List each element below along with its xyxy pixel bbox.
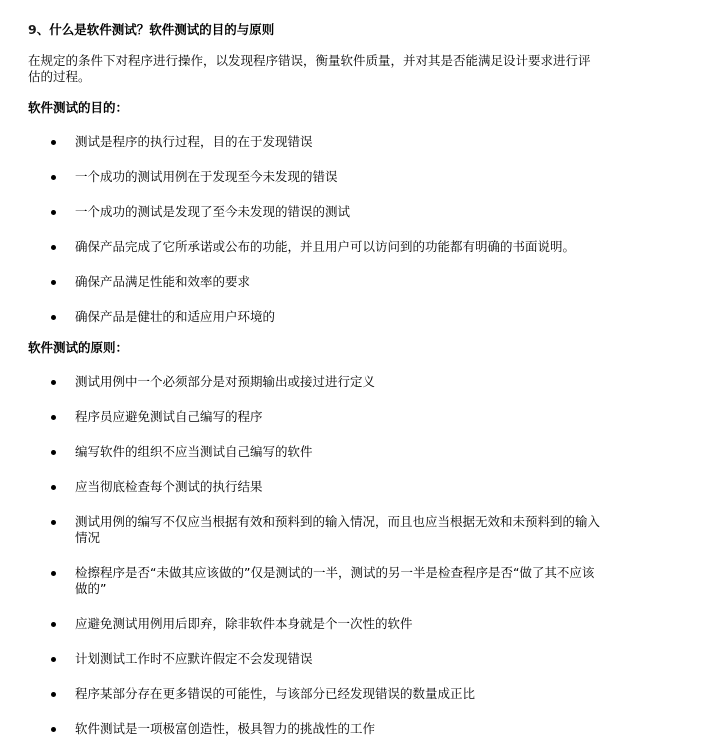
bullet-icon <box>51 450 56 455</box>
list-item: 编写软件的组织不应当测试自己编写的软件 <box>28 444 550 460</box>
bullet-icon <box>51 727 56 732</box>
intro-paragraph: 在规定的条件下对程序进行操作，以发现程序错误，衡量软件质量，并对其是否能满足设计… <box>28 53 600 85</box>
principles-list: 测试用例中一个必须部分是对预期输出或接过进行定义 程序员应避免测试自己编写的程序… <box>28 374 600 737</box>
list-item: 确保产品完成了它所承诺或公布的功能，并且用户可以访问到的功能都有明确的书面说明。 <box>28 239 605 255</box>
bullet-icon <box>51 140 56 145</box>
title-text: 什么是软件测试？软件测试的目的与原则 <box>49 22 274 37</box>
bullet-icon <box>51 520 56 525</box>
bullet-icon <box>51 622 56 627</box>
list-item-text: 应当彻底检查每个测试的执行结果 <box>75 479 263 494</box>
document-page: 9、什么是软件测试？软件测试的目的与原则 在规定的条件下对程序进行操作，以发现程… <box>0 0 600 737</box>
list-item-text: 程序某部分存在更多错误的可能性，与该部分已经发现错误的数量成正比 <box>75 686 475 701</box>
list-item-text: 确保产品是健壮的和适应用户环境的 <box>75 309 275 324</box>
title-number: 9 <box>28 22 37 37</box>
list-item-text: 测试用例的编写不仅应当根据有效和预料到的输入情况，而且也应当根据无效和未预料到的… <box>75 514 600 545</box>
list-item-text: 计划测试工作时不应默许假定不会发现错误 <box>75 651 313 666</box>
list-item-text: 软件测试是一项极富创造性，极具智力的挑战性的工作 <box>75 721 375 736</box>
list-item: 测试是程序的执行过程，目的在于发现错误 <box>28 134 550 150</box>
title-separator: 、 <box>37 22 50 37</box>
list-item: 程序某部分存在更多错误的可能性，与该部分已经发现错误的数量成正比 <box>28 686 600 702</box>
list-item: 测试用例的编写不仅应当根据有效和预料到的输入情况，而且也应当根据无效和未预料到的… <box>28 514 600 546</box>
list-item: 一个成功的测试是发现了至今未发现的错误的测试 <box>28 204 550 220</box>
bullet-icon <box>51 485 56 490</box>
list-item: 应避免测试用例用后即弃，除非软件本身就是个一次性的软件 <box>28 616 550 632</box>
purpose-list: 测试是程序的执行过程，目的在于发现错误 一个成功的测试用例在于发现至今未发现的错… <box>28 134 600 325</box>
list-item-text: 应避免测试用例用后即弃，除非软件本身就是个一次性的软件 <box>75 616 413 631</box>
bullet-icon <box>51 571 56 576</box>
list-item-text: 确保产品满足性能和效率的要求 <box>75 274 250 289</box>
list-item: 测试用例中一个必须部分是对预期输出或接过进行定义 <box>28 374 550 390</box>
list-item: 检擦程序是否“未做其应该做的”仅是测试的一半，测试的另一半是检查程序是否“做了其… <box>28 565 600 597</box>
bullet-icon <box>51 210 56 215</box>
bullet-icon <box>51 657 56 662</box>
list-item: 确保产品满足性能和效率的要求 <box>28 274 550 290</box>
list-item-text: 编写软件的组织不应当测试自己编写的软件 <box>75 444 313 459</box>
list-item-text: 测试是程序的执行过程，目的在于发现错误 <box>75 134 313 149</box>
list-item: 应当彻底检查每个测试的执行结果 <box>28 479 550 495</box>
list-item-text: 程序员应避免测试自己编写的程序 <box>75 409 263 424</box>
bullet-icon <box>51 245 56 250</box>
list-item: 确保产品是健壮的和适应用户环境的 <box>28 309 550 325</box>
purpose-heading: 软件测试的目的： <box>28 100 600 116</box>
list-item: 计划测试工作时不应默许假定不会发现错误 <box>28 651 550 667</box>
list-item: 程序员应避免测试自己编写的程序 <box>28 409 550 425</box>
bullet-icon <box>51 380 56 385</box>
bullet-icon <box>51 692 56 697</box>
principles-heading: 软件测试的原则： <box>28 340 600 356</box>
list-item-text: 检擦程序是否“未做其应该做的”仅是测试的一半，测试的另一半是检查程序是否“做了其… <box>75 565 594 596</box>
list-item-text: 一个成功的测试用例在于发现至今未发现的错误 <box>75 169 338 184</box>
bullet-icon <box>51 280 56 285</box>
list-item: 软件测试是一项极富创造性，极具智力的挑战性的工作 <box>28 721 550 737</box>
list-item-text: 一个成功的测试是发现了至今未发现的错误的测试 <box>75 204 350 219</box>
list-item-text: 测试用例中一个必须部分是对预期输出或接过进行定义 <box>75 374 375 389</box>
bullet-icon <box>51 315 56 320</box>
list-item-text: 确保产品完成了它所承诺或公布的功能，并且用户可以访问到的功能都有明确的书面说明。 <box>75 239 575 254</box>
bullet-icon <box>51 175 56 180</box>
page-title: 9、什么是软件测试？软件测试的目的与原则 <box>28 0 600 38</box>
bullet-icon <box>51 415 56 420</box>
list-item: 一个成功的测试用例在于发现至今未发现的错误 <box>28 169 550 185</box>
